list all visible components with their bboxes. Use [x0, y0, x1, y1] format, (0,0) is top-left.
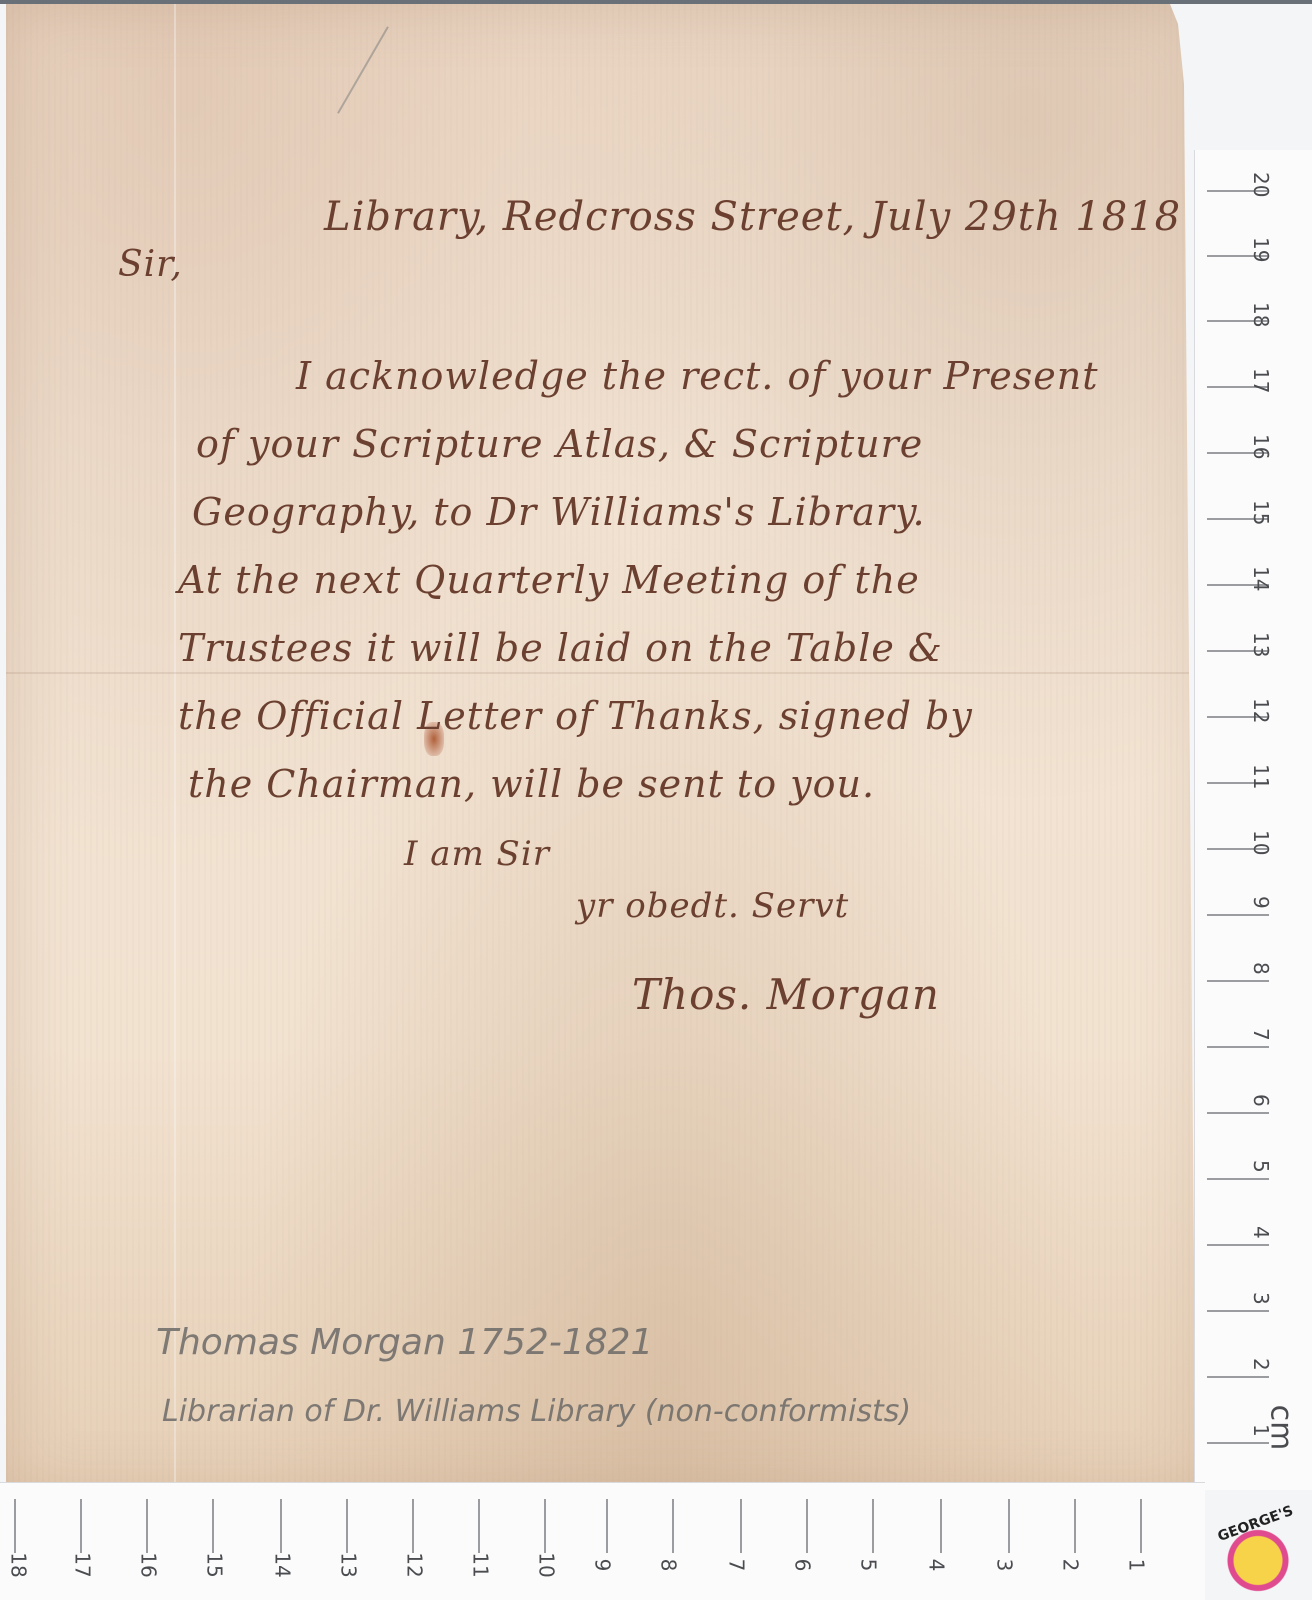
tick-3: [1207, 1310, 1269, 1312]
tick-4: [1207, 1244, 1269, 1246]
scanner-edge: [0, 0, 1312, 4]
ruler-label: 1: [1124, 1559, 1148, 1572]
ruler-label: 4: [1249, 1226, 1273, 1239]
ruler-label: 2: [1058, 1559, 1082, 1572]
ruler-label: 3: [992, 1559, 1016, 1572]
body-line-4: At the next Quarterly Meeting of the: [178, 558, 920, 602]
tick-6: [1207, 1112, 1269, 1114]
ruler-label: 16: [137, 1552, 161, 1577]
pencil-arrow-mark: [337, 26, 389, 114]
ruler-label: 10: [1249, 830, 1273, 855]
ruler-label: 13: [1249, 632, 1273, 657]
body-line-1: I acknowledge the rect. of your Present: [296, 354, 1099, 398]
tick-12: [412, 1499, 414, 1553]
closing-line-2: yr obedt. Servt: [576, 886, 849, 926]
ruler-label: 9: [590, 1559, 614, 1572]
ruler-label: 17: [71, 1552, 95, 1577]
ruler-label: 17: [1249, 368, 1273, 393]
letter-salutation: Sir,: [118, 244, 183, 285]
ruler-label: 12: [403, 1552, 427, 1577]
body-line-2: of your Scripture Atlas, & Scripture: [196, 422, 923, 466]
tick-2: [1207, 1376, 1269, 1378]
ruler-label: 19: [1249, 237, 1273, 262]
pencil-note-line-2: Librarian of Dr. Williams Library (non-c…: [162, 1394, 911, 1429]
ruler-label: 18: [7, 1552, 31, 1577]
tick-5: [872, 1499, 874, 1553]
tick-3: [1008, 1499, 1010, 1553]
ruler-label: 6: [790, 1559, 814, 1572]
ruler-label: 5: [1249, 1160, 1273, 1173]
body-line-5: Trustees it will be laid on the Table &: [178, 626, 943, 670]
body-line-7: the Chairman, will be sent to you.: [188, 762, 875, 806]
ruler-label: 18: [1249, 302, 1273, 327]
body-line-3: Geography, to Dr Williams's Library.: [192, 490, 926, 534]
tick-11: [478, 1499, 480, 1553]
letter-heading: Library, Redcross Street, July 29th 1818: [324, 194, 1181, 240]
ruler-label: 7: [1249, 1028, 1273, 1041]
ruler-label: 15: [1249, 500, 1273, 525]
ruler-label: 12: [1249, 698, 1273, 723]
body-line-6: the Official Letter of Thanks, signed by: [178, 694, 973, 738]
horizontal-ruler: 18 17 16 15 14 13 12 11 10 9 8 7 6 5 4 3…: [0, 1482, 1205, 1600]
ruler-label: 5: [856, 1559, 880, 1572]
tick-5: [1207, 1178, 1269, 1180]
tick-9: [606, 1499, 608, 1553]
tick-8: [1207, 980, 1269, 982]
ruler-label: 14: [271, 1552, 295, 1577]
tick-14: [280, 1499, 282, 1553]
tick-7: [1207, 1046, 1269, 1048]
tick-4: [940, 1499, 942, 1553]
tick-13: [346, 1499, 348, 1553]
ruler-label: 10: [535, 1552, 559, 1577]
ruler-label: 11: [469, 1552, 493, 1577]
ruler-label: 15: [203, 1552, 227, 1577]
ruler-label: 4: [924, 1559, 948, 1572]
ruler-label: 8: [656, 1559, 680, 1572]
tick-10: [544, 1499, 546, 1553]
ruler-label: 3: [1249, 1292, 1273, 1305]
ruler-unit-label: cm: [1263, 1405, 1298, 1451]
tick-6: [806, 1499, 808, 1553]
vertical-ruler: 20 19 18 17 16 15 14 13 12 11 10 9 8 7 6…: [1194, 150, 1312, 1490]
ruler-label: 7: [724, 1559, 748, 1572]
closing-line-1: I am Sir: [404, 834, 550, 874]
ruler-label: 20: [1249, 172, 1273, 197]
tick-9: [1207, 914, 1269, 916]
tick-8: [672, 1499, 674, 1553]
tick-15: [212, 1499, 214, 1553]
letter-paper: Library, Redcross Street, July 29th 1818…: [6, 4, 1206, 1494]
tick-17: [80, 1499, 82, 1553]
ruler-label: 9: [1249, 896, 1273, 909]
ruler-label: 13: [337, 1552, 361, 1577]
pencil-note-line-1: Thomas Morgan 1752-1821: [156, 1322, 653, 1363]
fold-line-vertical: [174, 4, 176, 1494]
ruler-label: 6: [1249, 1094, 1273, 1107]
signature: Thos. Morgan: [632, 970, 940, 1019]
tick-1: [1207, 1442, 1269, 1444]
ruler-label: 2: [1249, 1358, 1273, 1371]
tick-7: [740, 1499, 742, 1553]
ruler-label: 16: [1249, 434, 1273, 459]
ruler-label: 11: [1249, 764, 1273, 789]
tick-18: [14, 1499, 16, 1553]
ruler-label: 14: [1249, 566, 1273, 591]
tick-1: [1140, 1499, 1142, 1553]
fold-line-horizontal: [6, 672, 1196, 674]
tick-16: [146, 1499, 148, 1553]
tick-2: [1074, 1499, 1076, 1553]
ruler-label: 8: [1249, 962, 1273, 975]
